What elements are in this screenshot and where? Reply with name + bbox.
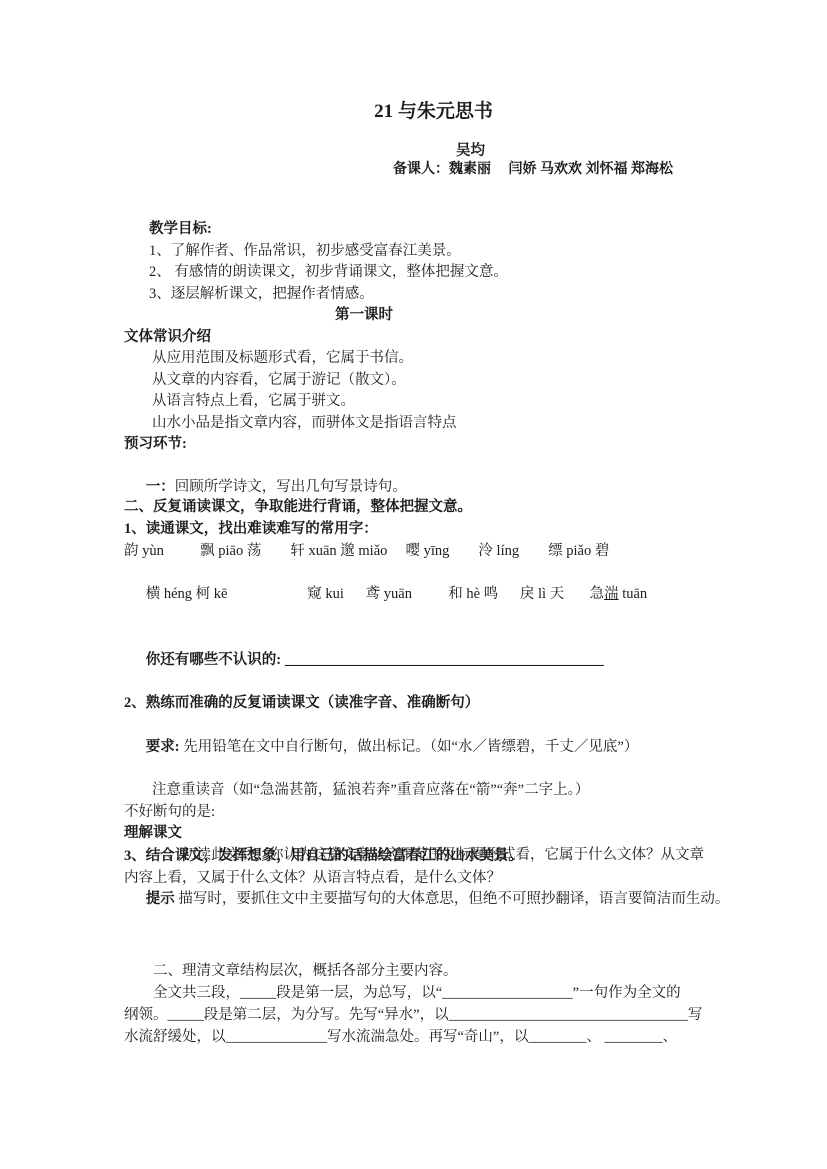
genre-heading: 文体常识介绍 xyxy=(124,327,724,349)
comprehension-q2-section: 二、理清文章结构层次，概括各部分主要内容。 全文共三段，_____段是第一层，为… xyxy=(124,960,720,1048)
objectives-heading: 教学目标: xyxy=(124,219,724,241)
step2-stress-note: 注意重读音（如“急湍甚箭，猛浪若奔”重音应落在“箭”“奔”二字上。） xyxy=(124,780,734,802)
step1-heading: 1、读通课文，找出难读难写的常用字： xyxy=(124,519,734,541)
requirement-label: 要求: xyxy=(146,739,180,755)
unknown-chars-label: 你还有哪些不认识的: xyxy=(146,652,285,668)
document-title: 21 与朱元思书 xyxy=(0,96,827,123)
question1-line-1: 一、初读此文后，你认为这篇文章从应用范围及标题形式看，它属于什么文体？从文章 xyxy=(124,844,720,866)
author-name: 吴均 xyxy=(456,139,485,160)
objectives-and-genre-section: 教学目标: 1、了解作者、作品常识，初步感受富春江美景。 2、 有感情的朗读课文… xyxy=(124,219,724,520)
objective-item-1: 1、了解作者、作品常识，初步感受富春江美景。 xyxy=(124,241,724,263)
session-heading: 第一课时 xyxy=(124,305,724,327)
tip-text: 描写时，要抓住文中主要描写句的大体意思，但绝不可照抄翻译，语言要简洁而生动。 xyxy=(175,891,730,907)
requirement-text: 先用铅笔在文中自行断句，做出标记。（如“水／皆缥碧，千丈／见底”） xyxy=(180,739,639,755)
step2-requirement: 要求: 先用铅笔在文中自行断句，做出标记。（如“水／皆缥碧，千丈／见底”） xyxy=(124,715,734,780)
preview-heading: 预习环节: xyxy=(124,434,724,456)
hard-to-punctuate-label: 不好断句的是: xyxy=(124,802,734,824)
question2-blank-line-2: 纲领。_____段是第二层，为分写。先写“异水”，以______________… xyxy=(124,1004,720,1026)
preview-task1-text: 回顾所学诗文，写出几句写景诗句。 xyxy=(175,479,407,495)
tip-label: 提示 xyxy=(146,891,175,907)
step2-heading: 2、熟练而准确的反复诵读课文（读准字音、准确断句） xyxy=(124,693,734,715)
genre-line-3: 从语言特点上看，它属于骈文。 xyxy=(124,391,724,413)
question2-blank-line-1: 全文共三段，_____段是第一层，为总写，以“_________________… xyxy=(124,982,720,1004)
unknown-chars-blank: ________________________________________… xyxy=(285,652,604,668)
genre-line-1: 从应用范围及标题形式看，它属于书信。 xyxy=(124,348,724,370)
preview-task1-label: 一： xyxy=(146,479,175,495)
unknown-chars-line: 你还有哪些不认识的: _____________________________… xyxy=(124,628,734,693)
preview-task2-heading: 二、反复诵读课文，争取能进行背诵，整体把握文意。 xyxy=(124,497,734,519)
worksheet-page: 21 与朱元思书 吴均 备课人：魏素丽 闫娇 马欢欢 刘怀福 郑海松 教学目标:… xyxy=(0,0,827,1169)
lesson-preparers: 备课人：魏素丽 闫娇 马欢欢 刘怀福 郑海松 xyxy=(393,158,673,178)
genre-line-4: 山水小品是指文章内容，而骈体文是指语言特点 xyxy=(124,413,724,435)
pinyin-row-2-pre: 横 héng 柯 kē 窥 kui 鸢 yuān 和 hè 鸣 戾 lì 天 急 xyxy=(146,586,604,602)
comprehension-q1-section: 理解课文 一、初读此文后，你认为这篇文章从应用范围及标题形式看，它属于什么文体？… xyxy=(124,822,720,889)
pinyin-row-2: 横 héng 柯 kē 窥 kui 鸢 yuān 和 hè 鸣 戾 lì 天 急… xyxy=(124,562,734,627)
comprehension-heading: 理解课文 xyxy=(124,822,720,844)
question2-heading: 二、理清文章结构层次，概括各部分主要内容。 xyxy=(124,960,720,982)
objective-item-2: 2、 有感情的朗读课文，初步背诵课文，整体把握文意。 xyxy=(124,262,724,284)
pinyin-row-2-underlined-char: 湍 xyxy=(604,586,619,602)
question1-line-2: 内容上看，又属于什么文体？从语言特点看，是什么文体？ xyxy=(124,867,720,889)
objective-item-3: 3、逐层解析课文，把握作者情感。 xyxy=(124,284,724,306)
question2-blank-line-3: 水流舒缓处，以______________写水流湍急处。再写“奇山”，以____… xyxy=(124,1026,720,1048)
pinyin-row-1: 韵 yùn 飘 piāo 荡 轩 xuān 邈 miǎo 嘤 yīng 泠 lí… xyxy=(124,541,734,563)
pinyin-row-2-post: tuān xyxy=(619,586,648,602)
genre-line-2: 从文章的内容看，它属于游记（散文）。 xyxy=(124,370,724,392)
